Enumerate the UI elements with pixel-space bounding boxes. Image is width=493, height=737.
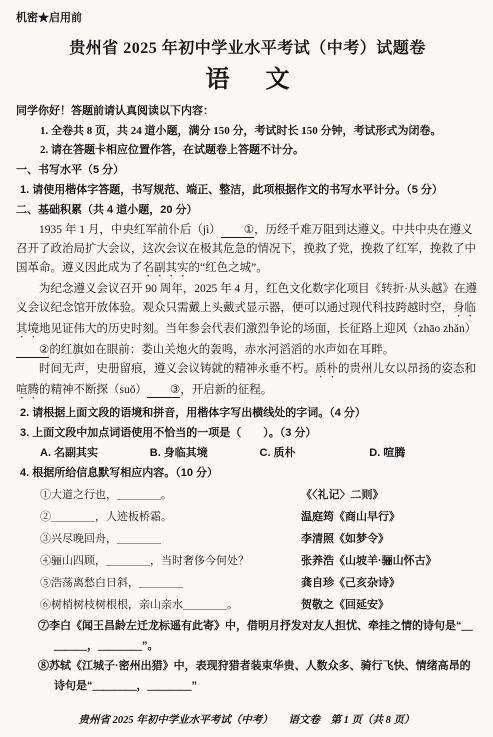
question-2: 2. 请根据上面文段的语境和拼音，用楷体字写出横线处的字词。（4 分） <box>20 405 479 422</box>
dictation-text: ④骊山四顾，＿＿＿＿，当时奢侈今何处？ <box>16 550 301 572</box>
passage-text: 1935 年 1 月，中央红军前仆后（jì） <box>39 224 221 236</box>
blank-underline: ② <box>16 344 49 358</box>
passage-text: 时间无声，史册留痕，遵义会议铸就的精神永垂不朽。 <box>39 363 315 375</box>
dictation-text: ⑥树梢树枝树根根，亲山亲水＿＿＿＿。 <box>16 594 301 616</box>
subject-title: 语 文 <box>16 65 479 95</box>
exam-title: 贵州省 2025 年初中学业水平考试（中考）试题卷 <box>16 39 479 59</box>
passage-text: 的红旗如在眼前：娄山关炮火的轰鸣，赤水河滔滔的水声如在耳畔。 <box>49 344 394 356</box>
dictation-row-8: ⑧苏轼《江城子·密州出猎》中，表现狩猎者装束华贵、人数众多、骑行飞快、情绪高昂的… <box>16 656 479 696</box>
emphasized-word: 喧腾 <box>16 384 39 396</box>
dictation-source: 温庭筠《商山早行》 <box>301 506 479 528</box>
passage-text: 为纪念遵义会议召开 90 周年，2025 年 4 月，红色文化数字化项目《转折·… <box>16 283 477 314</box>
dictation-row-2: ②＿＿＿＿，人迹板桥霜。 温庭筠《商山早行》 <box>16 506 479 528</box>
passage-paragraph-1: 1935 年 1 月，中央红军前仆后（jì）①，历经千难万阻到达遵义。中共中央在… <box>16 221 479 280</box>
dictation-row-4: ④骊山四顾，＿＿＿＿，当时奢侈今何处？ 张养浩《山坡羊·骊山怀古》 <box>16 550 479 572</box>
passage-text: 的精神不断探（suǒ） <box>39 384 147 396</box>
notice-item-2: 2. 请在答题卡相应位置作答，在试题卷上答题不计分。 <box>40 141 479 159</box>
dictation-source: 李清照《如梦令》 <box>301 528 479 550</box>
dictation-source: 张养浩《山坡羊·骊山怀古》 <box>301 550 479 572</box>
emphasized-word: 质朴 <box>315 363 338 375</box>
question-3: 3. 上面文段中加点词语使用不恰当的一项是（ ）。（3 分） <box>20 425 479 442</box>
dictation-text: ②＿＿＿＿，人迹板桥霜。 <box>16 506 301 528</box>
dictation-row-1: ①大道之行也，＿＿＿＿。 《〈礼记〉二则》 <box>16 484 479 506</box>
exam-page: 机密★启用前 贵州省 2025 年初中学业水平考试（中考）试题卷 语 文 同学你… <box>0 0 493 737</box>
option-d: D. 喧腾 <box>369 445 479 462</box>
emphasized-word: 名副其实 <box>143 262 189 274</box>
dictation-text: ③兴尽晚回舟，＿＿＿＿ <box>16 528 301 550</box>
section-2-heading: 二、基础积累（共 4 道小题，20 分） <box>16 202 479 219</box>
notice-item-1: 1. 全卷共 8 页，共 24 道小题，满分 150 分，考试时长 150 分钟… <box>40 122 479 140</box>
passage-text: 地见证伟大的历史时刻。当年参会代表们激烈争论的场面，长征路上迎风（zhāo zh… <box>39 323 476 335</box>
passage-paragraph-2: 为纪念遵义会议召开 90 周年，2025 年 4 月，红色文化数字化项目《转折·… <box>16 280 479 360</box>
question-3-options: A. 名副其实 B. 身临其境 C. 质朴 D. 喧腾 <box>40 445 479 462</box>
dictation-row-5: ⑤浩荡离愁白日斜，＿＿＿＿ 龚自珍《己亥杂诗》 <box>16 572 479 594</box>
dictation-row-3: ③兴尽晚回舟，＿＿＿＿ 李清照《如梦令》 <box>16 528 479 550</box>
question-1: 1. 请使用楷体字答题，书写规范、端正、整洁，此项根据作文的书写水平计分。（5 … <box>20 182 479 199</box>
dictation-source: 《〈礼记〉二则》 <box>301 484 479 506</box>
blank-underline: ③ <box>147 384 180 398</box>
option-c: C. 质朴 <box>260 445 370 462</box>
passage: 1935 年 1 月，中央红军前仆后（jì）①，历经千难万阻到达遵义。中共中央在… <box>16 221 479 402</box>
dictation-source: 贺敬之《回延安》 <box>301 594 479 616</box>
blank-underline: ① <box>221 224 254 238</box>
dictation-text: ①大道之行也，＿＿＿＿。 <box>16 484 301 506</box>
dictation-row-6: ⑥树梢树枝树根根，亲山亲水＿＿＿＿。 贺敬之《回延安》 <box>16 594 479 616</box>
dictation-row-7: ⑦李白《闻王昌龄左迁龙标遥有此寄》中，借明月抒发对友人担忧、牵挂之情的诗句是“＿… <box>16 616 479 656</box>
passage-paragraph-3: 时间无声，史册留痕，遵义会议铸就的精神永垂不朽。质朴的贵州儿女以昂扬的姿态和喧腾… <box>16 360 479 402</box>
dictation-source: 龚自珍《己亥杂诗》 <box>301 572 479 594</box>
dictation-text: ⑤浩荡离愁白日斜，＿＿＿＿ <box>16 572 301 594</box>
greeting: 同学你好！答题前请认真阅读以下内容： <box>16 103 479 120</box>
classification-label: 机密★启用前 <box>16 10 479 27</box>
question-4: 4. 根据所给信息默写相应内容。（10 分） <box>20 465 479 482</box>
section-1-heading: 一、书写水平（5 分） <box>16 162 479 179</box>
page-footer: 贵州省 2025 年初中学业水平考试（中考） 语文卷 第 1 页（共 8 页） <box>0 712 493 729</box>
passage-text: 的贵州儿女以昂扬的姿态和 <box>338 363 476 375</box>
passage-text: 的“红色之城”。 <box>189 262 268 274</box>
option-b: B. 身临其境 <box>150 445 260 462</box>
option-a: A. 名副其实 <box>40 445 150 462</box>
passage-text: ，开启新的征程。 <box>180 384 272 396</box>
